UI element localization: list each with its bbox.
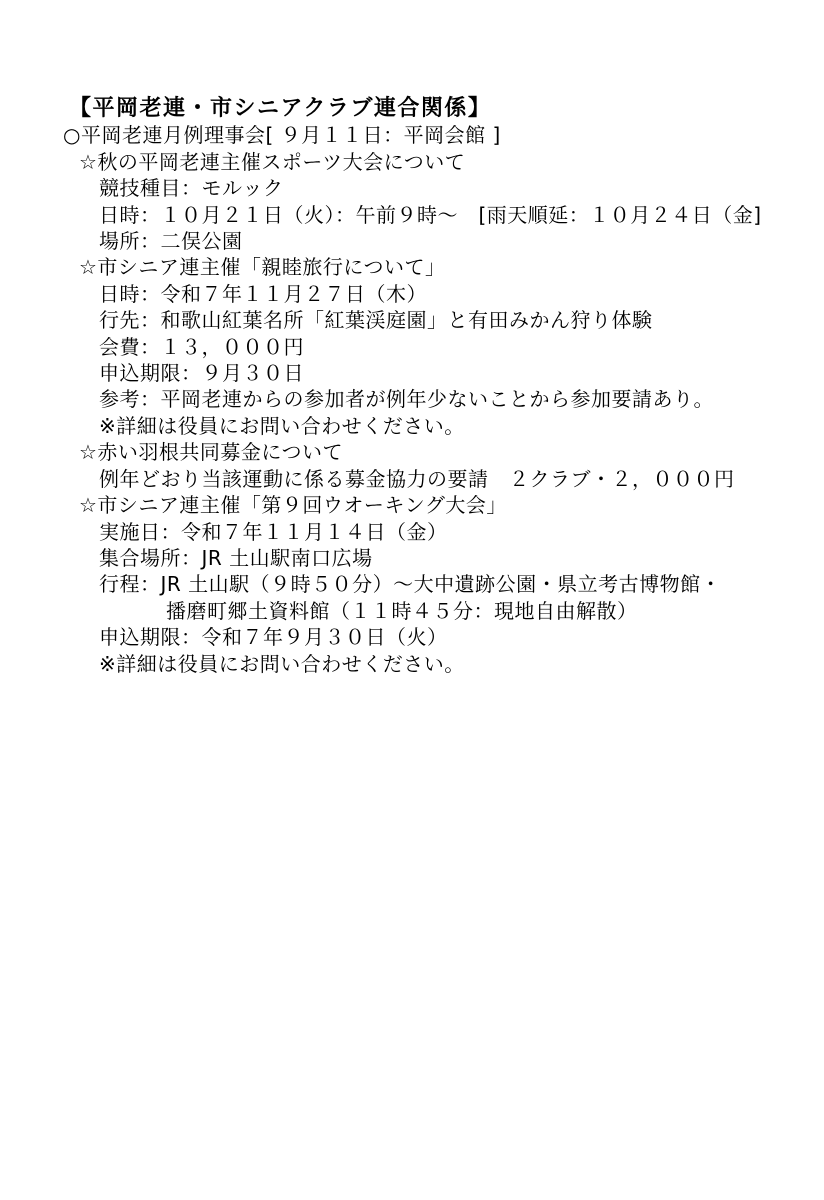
document-line: ※詳細は役員にお問い合わせください。 (99, 651, 804, 677)
document-line: 集合場所：JR 土山駅南口広場 (99, 545, 804, 571)
document-line: 日時：令和７年１１月２７日（木） (99, 281, 804, 307)
document-page: 【平岡老連・市シニアクラブ連合関係】 ○平岡老連月例理事会[ ９月１１日：平岡会… (0, 0, 824, 1200)
document-line: ※詳細は役員にお問い合わせください。 (99, 413, 804, 439)
document-line: 申込期限：９月３０日 (99, 360, 804, 386)
document-line: ☆秋の平岡老連主催スポーツ大会について (79, 149, 804, 175)
document-line: 参考：平岡老連からの参加者が例年少ないことから参加要請あり。 (99, 386, 804, 412)
document-line: 競技種目：モルック (99, 175, 804, 201)
document-line: 行程：JR 土山駅（９時５０分）～大中遺跡公園・県立考古博物館・ (99, 571, 804, 597)
document-line: 会費：１３，０００円 (99, 334, 804, 360)
document-title: 【平岡老連・市シニアクラブ連合関係】 (69, 96, 804, 122)
document-line: 行先：和歌山紅葉名所「紅葉渓庭園」と有田みかん狩り体験 (99, 307, 804, 333)
document-line: ☆市シニア連主催「親睦旅行について」 (79, 254, 804, 280)
document-line: 場所：二俣公園 (99, 228, 804, 254)
document-line: ☆市シニア連主催「第９回ウオーキング大会」 (79, 492, 804, 518)
document-line: 播磨町郷土資料館（１１時４５分：現地自由解散） (166, 598, 804, 624)
document-line: ○平岡老連月例理事会[ ９月１１日：平岡会館 ] (63, 122, 804, 148)
document-line: 例年どおり当該運動に係る募金協力の要請 ２クラブ・２，０００円 (99, 466, 804, 492)
document-line: ☆赤い羽根共同募金について (79, 439, 804, 465)
document-body: ○平岡老連月例理事会[ ９月１１日：平岡会館 ]☆秋の平岡老連主催スポーツ大会に… (63, 122, 804, 677)
document-line: 実施日：令和７年１１月１４日（金） (99, 519, 804, 545)
document-line: 日時：１０月２１日（火）：午前９時～ [雨天順延：１０月２４日（金] (99, 202, 804, 228)
document-line: 申込期限：令和７年９月３０日（火） (99, 624, 804, 650)
